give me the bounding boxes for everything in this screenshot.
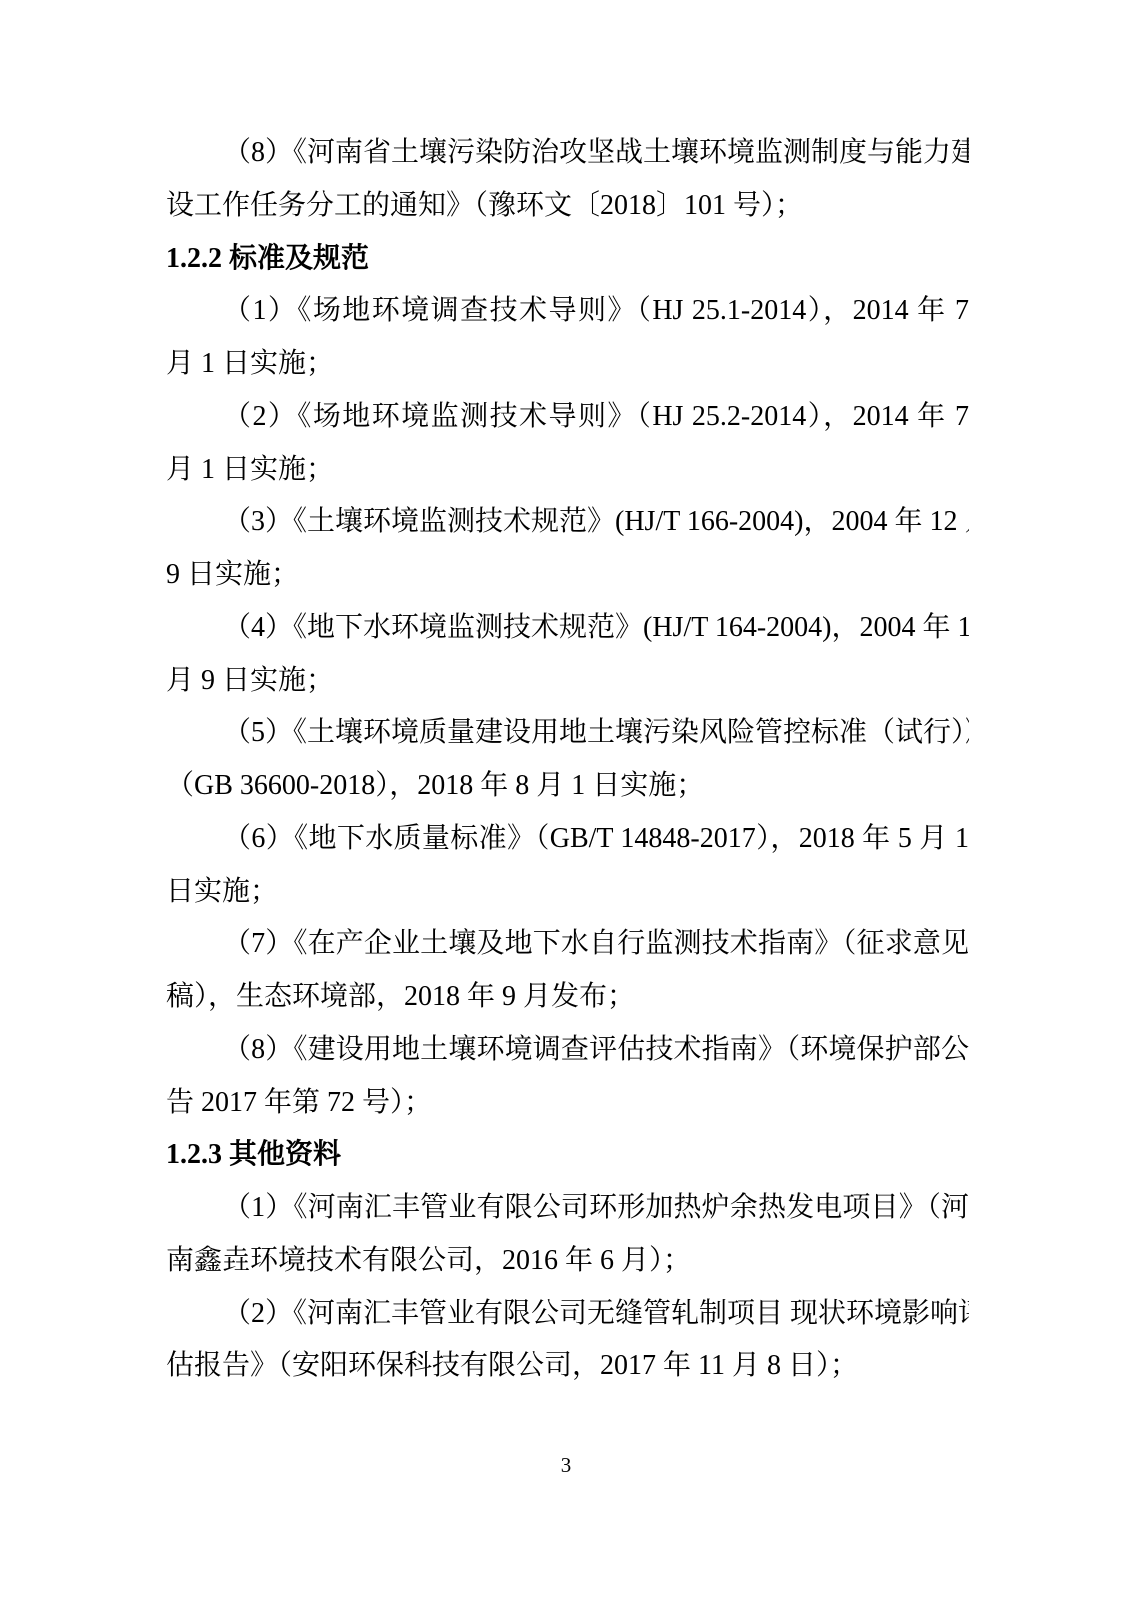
body-text-line: 估报告》（安阳环保科技有限公司，2017 年 11 月 8 日）； (166, 1340, 969, 1393)
body-text-line: （6）《地下水质量标准》（GB/T 14848-2017），2018 年 5 月… (166, 813, 969, 866)
body-text-line: 告 2017 年第 72 号）； (166, 1077, 969, 1130)
body-text-line: （7）《在产企业土壤及地下水自行监测技术指南》（征求意见 (166, 918, 969, 971)
body-text-line: （1）《河南汇丰管业有限公司环形加热炉余热发电项目》（河 (166, 1182, 969, 1235)
body-text-line: （5）《土壤环境质量建设用地土壤污染风险管控标准（试行）》 (166, 707, 969, 760)
document-page: （8）《河南省土壤污染防治攻坚战土壤环境监测制度与能力建设工作任务分工的通知》（… (0, 0, 1132, 1600)
body-text-line: 南鑫垚环境技术有限公司，2016 年 6 月）； (166, 1235, 969, 1288)
page-number: 3 (0, 1452, 1132, 1478)
body-text-line: 9 日实施； (166, 549, 969, 602)
body-text-line: （GB 36600-2018），2018 年 8 月 1 日实施； (166, 760, 969, 813)
body-text-line: （4）《地下水环境监测技术规范》(HJ/T 164-2004)，2004 年 1… (166, 602, 969, 655)
body-text-line: 日实施； (166, 866, 969, 919)
body-text-line: （3）《土壤环境监测技术规范》(HJ/T 166-2004)，2004 年 12… (166, 496, 969, 549)
body-text-line: 月 1 日实施； (166, 444, 969, 497)
body-text-line: （2）《场地环境监测技术导则》（HJ 25.2-2014），2014 年 7 (166, 391, 969, 444)
body-text-line: 稿），生态环境部，2018 年 9 月发布； (166, 971, 969, 1024)
body-text-line: （2）《河南汇丰管业有限公司无缝管轧制项目 现状环境影响评 (166, 1288, 969, 1341)
body-text-line: 月 9 日实施； (166, 655, 969, 708)
body-text-line: 设工作任务分工的通知》（豫环文〔2018〕101 号）； (166, 180, 969, 233)
body-text-line: （8）《河南省土壤污染防治攻坚战土壤环境监测制度与能力建 (166, 127, 969, 180)
section-heading: 1.2.3 其他资料 (166, 1129, 969, 1182)
document-content: （8）《河南省土壤污染防治攻坚战土壤环境监测制度与能力建设工作任务分工的通知》（… (166, 127, 969, 1393)
section-heading: 1.2.2 标准及规范 (166, 233, 969, 286)
body-text-line: （1）《场地环境调查技术导则》（HJ 25.1-2014），2014 年 7 (166, 285, 969, 338)
body-text-line: 月 1 日实施； (166, 338, 969, 391)
body-text-line: （8）《建设用地土壤环境调查评估技术指南》（环境保护部公 (166, 1024, 969, 1077)
